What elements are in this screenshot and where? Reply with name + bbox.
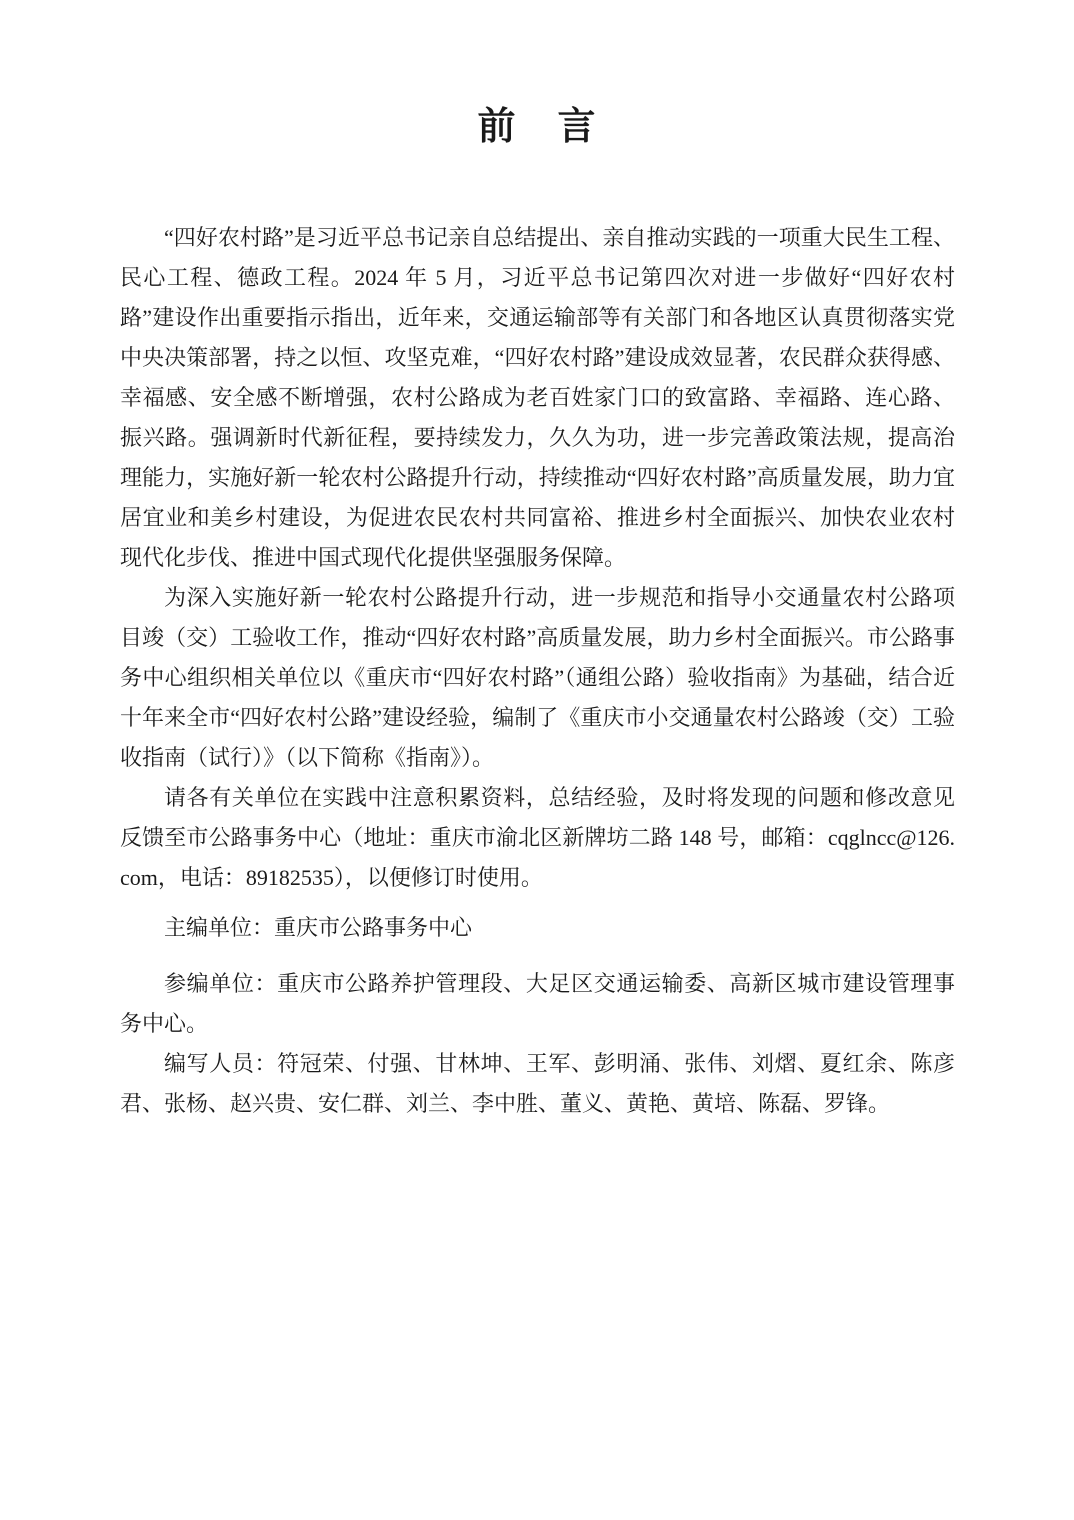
authors-line: 编写人员：符冠荣、付强、甘林坤、王军、彭明涌、张伟、刘熠、夏红余、陈彦君、张杨、… — [120, 1044, 955, 1124]
feedback-paragraph: 请各有关单位在实践中注意积累资料，总结经验，及时将发现的问题和修改意见反馈至市公… — [120, 778, 955, 898]
document-page: 前 言 “四好农村路”是习近平总书记亲自总结提出、亲自推动实践的一项重大民生工程… — [0, 0, 1074, 1520]
intro-paragraph: “四好农村路”是习近平总书记亲自总结提出、亲自推动实践的一项重大民生工程、民心工… — [120, 218, 955, 578]
page-title: 前 言 — [120, 0, 955, 150]
co-editors-line: 参编单位：重庆市公路养护管理段、大足区交通运输委、高新区城市建设管理事务中心。 — [120, 964, 955, 1044]
purpose-paragraph: 为深入实施好新一轮农村公路提升行动，进一步规范和指导小交通量农村公路项目竣（交）… — [120, 578, 955, 778]
chief-editor-line: 主编单位：重庆市公路事务中心 — [120, 908, 955, 948]
